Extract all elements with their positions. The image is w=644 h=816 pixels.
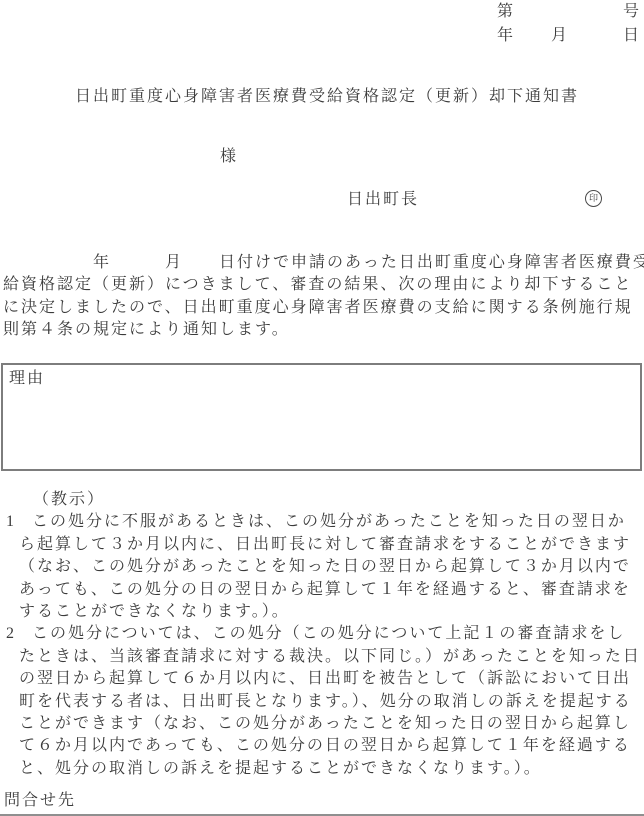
contact-label: 問合せ先	[4, 790, 76, 812]
document-title: 日出町重度心身障害者医療費受給資格認定（更新）却下通知書	[75, 86, 579, 108]
item-line: ことができます（なお、この処分があったことを知った日の翌日から起算し	[19, 713, 643, 735]
item-line: と、処分の取消しの訴えを提起することができなくなります。）。	[19, 758, 643, 780]
appeal-notice-item-1: 1 この処分に不服があるときは、この処分があったことを知った日の翌日か ら起算し…	[3, 511, 643, 623]
body-line: 年 月 日付けで申請のあった日出町重度心身障害者医療費受	[3, 252, 643, 274]
reason-box: 理由	[1, 363, 642, 471]
item-line: ら起算して３か月以内に、日出町長に対して審査請求をすることができます	[19, 534, 643, 556]
doc-number-block: 第 号 年 月 日	[497, 0, 641, 48]
item-line: て６か月以内であっても、この処分の日の翌日から起算して１年を経過する	[19, 735, 643, 757]
item-number: 2	[6, 623, 16, 645]
item-number: 1	[6, 511, 16, 533]
item-line: この処分については、この処分（この処分について上記１の審査請求をし	[19, 623, 643, 645]
item-line: この処分に不服があるときは、この処分があったことを知った日の翌日か	[19, 511, 643, 533]
item-line: （なお、この処分があったことを知った日の翌日から起算して３か月以内で	[19, 556, 643, 578]
appeal-notice-heading: （教示）	[3, 489, 643, 511]
item-line: たときは、当該審査請求に対する裁決。以下同じ。）があったことを知った日	[19, 646, 643, 668]
mayor-name: 日出町長	[347, 189, 419, 211]
item-line: あっても、この処分の日の翌日から起算して１年を経過すると、審査請求を	[19, 579, 643, 601]
item-line: の翌日から起算して６か月以内に、日出町を被告として（訴訟において日出	[19, 668, 643, 690]
body-line: 則第４条の規定により通知します。	[3, 319, 643, 341]
recipient-sama-label: 様	[220, 146, 238, 168]
appeal-notice-section: （教示） 1 この処分に不服があるときは、この処分があったことを知った日の翌日か…	[3, 489, 643, 780]
reason-label: 理由	[9, 368, 634, 390]
document-page: 第 号 年 月 日 日出町重度心身障害者医療費受給資格認定（更新）却下通知書 様…	[0, 0, 644, 816]
item-line: することができなくなります。）。	[19, 601, 643, 623]
body-line: 給資格認定（更新）につきまして、審査の結果、次の理由により却下すること	[3, 274, 643, 296]
item-line: 町を代表する者は、日出町長となります。）、処分の取消しの訴えを提起する	[19, 691, 643, 713]
body-line: に決定しましたので、日出町重度心身障害者医療費の支給に関する条例施行規	[3, 297, 643, 319]
seal-label: 印	[589, 194, 598, 203]
inkan-seal-icon: 印	[585, 190, 602, 207]
doc-date-line: 年 月 日	[497, 24, 641, 48]
body-paragraph: 年 月 日付けで申請のあった日出町重度心身障害者医療費受 給資格認定（更新）につ…	[3, 252, 643, 342]
doc-number-line: 第 号	[497, 0, 641, 24]
appeal-notice-item-2: 2 この処分については、この処分（この処分について上記１の審査請求をし たときは…	[3, 623, 643, 780]
